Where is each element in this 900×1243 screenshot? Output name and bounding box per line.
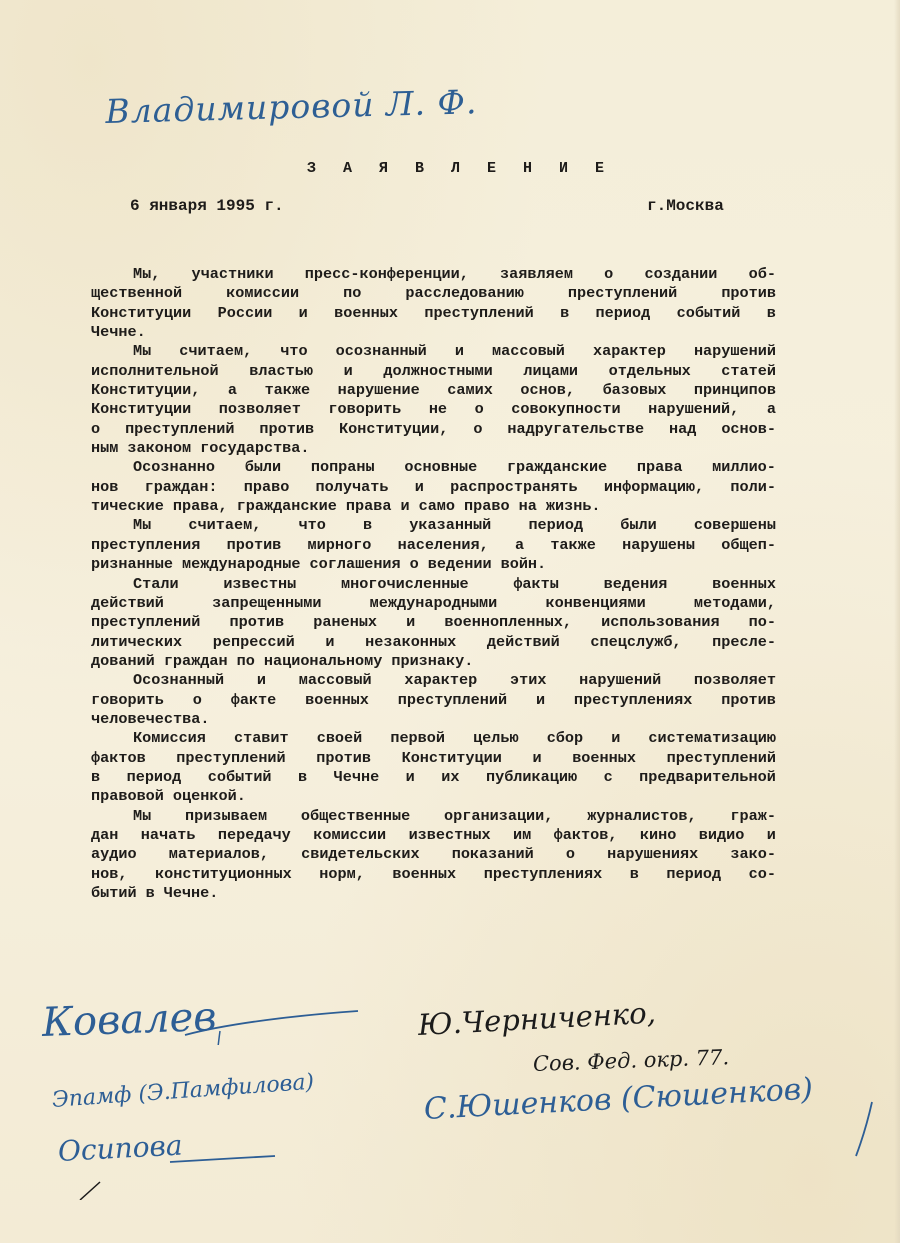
- word: говорить: [91, 691, 164, 710]
- text-line: Осознанныйимассовыйхарактерэтихнарушений…: [91, 671, 776, 690]
- handwritten-addressee: Владимировой Л. Ф.: [105, 82, 478, 131]
- word: нов: [91, 478, 118, 497]
- word: исполнительной: [91, 362, 219, 381]
- word: граждан:: [145, 478, 218, 497]
- word: позволяет: [694, 671, 776, 690]
- text-line: щественнойкомиссиипорасследованиюпреступ…: [91, 284, 776, 303]
- word: щественной: [91, 284, 182, 303]
- word: зако-: [730, 845, 776, 864]
- text-line: тическиеправа,гражданскиеправаисамоправо…: [91, 497, 776, 516]
- word: и: [406, 613, 415, 632]
- word: о: [91, 420, 100, 439]
- word: в: [146, 884, 155, 903]
- text-line: Мы,участникипресс-конференции,заявляемос…: [91, 265, 776, 284]
- word: в: [91, 768, 100, 787]
- word: в: [363, 516, 372, 535]
- word: о: [566, 845, 575, 864]
- word: преступлениях: [574, 691, 692, 710]
- word: репрессий: [213, 633, 295, 652]
- word: ставит: [234, 729, 289, 748]
- text-line: преступленияпротивмирногонаселения,атакж…: [91, 536, 776, 555]
- word: против: [721, 691, 776, 710]
- word: базовых: [603, 381, 667, 400]
- word: факте: [231, 691, 277, 710]
- word: период: [666, 865, 721, 884]
- word: распространять: [450, 478, 578, 497]
- text-line: впериодсобытийвЧечнеиихпубликациюспредва…: [91, 768, 776, 787]
- word: известных: [409, 826, 491, 845]
- statement-body: Мы,участникипресс-конференции,заявляемос…: [91, 265, 776, 903]
- word: и: [400, 497, 409, 516]
- word: запрещенными: [212, 594, 321, 613]
- signature-flourish-line: [180, 1005, 360, 1045]
- word: действий: [487, 633, 560, 652]
- word: Конституции,: [91, 381, 200, 400]
- word: право: [244, 478, 290, 497]
- word: само: [419, 497, 455, 516]
- text-line: новграждан:правополучатьираспространятьи…: [91, 478, 776, 497]
- word: дан: [91, 826, 118, 845]
- word: Мы: [133, 342, 151, 361]
- word: использования: [601, 613, 719, 632]
- word: Конституции,: [339, 420, 448, 439]
- text-line: Чечне.: [91, 323, 776, 342]
- word: национальному: [264, 652, 382, 671]
- word: нарушение: [338, 381, 420, 400]
- word: против: [316, 749, 371, 768]
- word: Чечне.: [164, 884, 219, 903]
- word: нов,: [91, 865, 127, 884]
- word: пресс-конференции,: [305, 265, 469, 284]
- word: организации,: [444, 807, 553, 826]
- word: кино: [640, 826, 676, 845]
- word: событий: [208, 768, 272, 787]
- word: гражданские: [237, 497, 337, 516]
- word: о: [473, 420, 482, 439]
- word: передачу: [218, 826, 291, 845]
- word: период: [127, 768, 182, 787]
- word: норм,: [319, 865, 365, 884]
- word: позволяет: [219, 400, 301, 419]
- word: призываем: [185, 807, 267, 826]
- word: со-: [749, 865, 776, 884]
- word: характер: [593, 342, 666, 361]
- word: преступлений: [424, 304, 533, 323]
- word: человечества.: [91, 710, 209, 729]
- word: осознанный: [336, 342, 427, 361]
- word: Чечне: [334, 768, 380, 787]
- word: должностными: [383, 362, 492, 381]
- word: основные: [404, 458, 477, 477]
- text-line: Мысчитаем,чтоосознанныйимассовыйхарактер…: [91, 342, 776, 361]
- signature-underline: [40, 1140, 280, 1200]
- word: в: [298, 768, 307, 787]
- word: совокупности: [511, 400, 620, 419]
- word: по: [343, 284, 361, 303]
- word: право: [464, 497, 510, 516]
- word: военнопленных,: [444, 613, 572, 632]
- word: отдельных: [609, 362, 691, 381]
- word: и: [257, 671, 266, 690]
- word: права: [346, 497, 392, 516]
- text-line: нов,конституционныхнорм,военныхпреступле…: [91, 865, 776, 884]
- word: и: [611, 729, 620, 748]
- word: России: [218, 304, 273, 323]
- word: ризнанные: [91, 555, 173, 574]
- word: Мы: [133, 516, 151, 535]
- word: общественные: [301, 807, 410, 826]
- word: дований: [91, 652, 155, 671]
- word: нарушениях: [607, 845, 698, 864]
- word: конвенциями: [545, 594, 645, 613]
- word: и: [299, 304, 308, 323]
- word: информацию,: [604, 478, 704, 497]
- word: что: [280, 342, 307, 361]
- word: по-: [749, 613, 776, 632]
- text-line: действийзапрещеннымимеждународнымиконвен…: [91, 594, 776, 613]
- word: сбор: [547, 729, 583, 748]
- word: самих: [447, 381, 493, 400]
- word: бытий: [91, 884, 137, 903]
- text-line: нымзакономгосударства.: [91, 439, 776, 458]
- word: предварительной: [639, 768, 776, 787]
- word: ным: [91, 439, 118, 458]
- text-line: Мысчитаем,чтовуказанныйпериодбылисоверше…: [91, 516, 776, 535]
- word: незаконных: [365, 633, 456, 652]
- word: первой: [390, 729, 445, 748]
- text-line: данначатьпередачукомиссииизвестныхимфакт…: [91, 826, 776, 845]
- text-line: бытийвЧечне.: [91, 884, 776, 903]
- word: преступления: [91, 536, 200, 555]
- signature-pamfilova: Эпамф (Э.Памфилова): [51, 1070, 315, 1113]
- word: о: [410, 555, 419, 574]
- text-line: Мыпризываемобщественныеорганизации,журна…: [91, 807, 776, 826]
- text-line: Комиссияставитсвоейпервойцельюсборисисте…: [91, 729, 776, 748]
- text-line: Конституциипозволяетговоритьнеосовокупно…: [91, 400, 776, 419]
- word: а: [767, 400, 776, 419]
- document-title: З А Я В Л Е Н И Е: [0, 160, 900, 177]
- word: и: [532, 749, 541, 768]
- word: совершены: [694, 516, 776, 535]
- word: нарушений,: [648, 400, 739, 419]
- word: были: [245, 458, 281, 477]
- word: создании: [645, 265, 718, 284]
- word: и: [767, 826, 776, 845]
- word: в: [630, 865, 639, 884]
- word: преступлений: [125, 420, 234, 439]
- word: им: [513, 826, 531, 845]
- word: публикацию: [486, 768, 577, 787]
- word: комиссии: [226, 284, 299, 303]
- word: статей: [721, 362, 776, 381]
- word: жизнь.: [546, 497, 601, 516]
- word: Чечне.: [91, 323, 146, 342]
- word: свидетельских: [301, 845, 419, 864]
- word: участники: [192, 265, 274, 284]
- word: массовый: [299, 671, 372, 690]
- word: их: [441, 768, 459, 787]
- text-line: ризнанныемеждународныесоглашенияоведении…: [91, 555, 776, 574]
- word: населения,: [398, 536, 489, 555]
- word: и: [536, 691, 545, 710]
- word: правовой: [91, 787, 164, 806]
- word: Осознанно: [133, 458, 215, 477]
- word: против: [229, 613, 284, 632]
- word: против: [721, 284, 776, 303]
- word: период: [596, 304, 651, 323]
- word: получать: [316, 478, 389, 497]
- word: литических: [91, 633, 182, 652]
- word: международными: [370, 594, 498, 613]
- word: видио: [699, 826, 745, 845]
- word: граж-: [730, 807, 776, 826]
- word: а: [228, 381, 237, 400]
- word: также: [265, 381, 311, 400]
- word: расследованию: [405, 284, 523, 303]
- word: своей: [317, 729, 363, 748]
- word: Конституции: [91, 400, 191, 419]
- word: целью: [473, 729, 519, 748]
- word: властью: [249, 362, 313, 381]
- word: лицами: [523, 362, 578, 381]
- word: преступлениях: [484, 865, 602, 884]
- word: говорить: [328, 400, 401, 419]
- word: указанный: [409, 516, 491, 535]
- word: тические: [91, 497, 164, 516]
- word: систематизацию: [648, 729, 776, 748]
- word: методами,: [694, 594, 776, 613]
- document-city: г.Москва: [647, 197, 724, 215]
- word: Конституции: [91, 304, 191, 323]
- text-line: человечества.: [91, 710, 776, 729]
- word: Мы: [133, 807, 151, 826]
- word: о: [475, 400, 484, 419]
- word: оценкой.: [173, 787, 246, 806]
- word: преступлений: [667, 749, 776, 768]
- word: также: [550, 536, 596, 555]
- word: общеп-: [721, 536, 776, 555]
- word: соглашения: [310, 555, 401, 574]
- word: законом: [127, 439, 191, 458]
- word: военных: [572, 749, 636, 768]
- word: период: [528, 516, 583, 535]
- word: Конституции: [402, 749, 502, 768]
- word: этих: [510, 671, 546, 690]
- word: комиссии: [313, 826, 386, 845]
- text-line: опреступленийпротивКонституции,онадругат…: [91, 420, 776, 439]
- word: о: [604, 265, 613, 284]
- word: фактов: [91, 749, 146, 768]
- word: конституционных: [155, 865, 292, 884]
- word: против: [259, 420, 314, 439]
- signature-chernichenko-note: Сов. Фед. окр. 77.: [533, 1045, 730, 1076]
- text-line: Конституции,атакженарушениесамихоснов,ба…: [91, 381, 776, 400]
- word: преступлений: [398, 691, 507, 710]
- word: считаем,: [188, 516, 261, 535]
- word: Осознанный: [133, 671, 224, 690]
- word: и: [415, 478, 424, 497]
- word: войн.: [501, 555, 547, 574]
- word: Комиссия: [133, 729, 206, 748]
- word: об-: [749, 265, 776, 284]
- word: известны: [223, 575, 296, 594]
- word: военных: [305, 691, 369, 710]
- text-line: дованийгражданпонациональномупризнаку.: [91, 652, 776, 671]
- word: многочисленные: [341, 575, 469, 594]
- word: спецслужб,: [590, 633, 681, 652]
- word: фактов,: [554, 826, 618, 845]
- text-line: фактовпреступленийпротивКонституцииивоен…: [91, 749, 776, 768]
- word: аудио: [91, 845, 137, 864]
- word: принципов: [694, 381, 776, 400]
- word: против: [227, 536, 282, 555]
- text-line: говоритьофактевоенныхпреступленийипресту…: [91, 691, 776, 710]
- word: о: [193, 691, 202, 710]
- word: Стали: [133, 575, 179, 594]
- word: характер: [404, 671, 477, 690]
- word: ведения: [604, 575, 668, 594]
- word: основ,: [520, 381, 575, 400]
- word: в: [767, 304, 776, 323]
- word: права,: [173, 497, 228, 516]
- word: военных: [392, 865, 456, 884]
- word: на: [519, 497, 537, 516]
- text-line: КонституцииРоссииивоенныхпреступленийвпе…: [91, 304, 776, 323]
- word: заявляем: [500, 265, 573, 284]
- word: военных: [334, 304, 398, 323]
- word: факты: [513, 575, 559, 594]
- word: раненых: [313, 613, 377, 632]
- word: массовый: [492, 342, 565, 361]
- word: преступлений: [176, 749, 285, 768]
- word: были: [620, 516, 656, 535]
- text-line: Осознаннобылипопраныосновныегражданскиеп…: [91, 458, 776, 477]
- word: и: [406, 768, 415, 787]
- word: Мы,: [133, 265, 160, 284]
- word: не: [429, 400, 447, 419]
- word: пресле-: [712, 633, 776, 652]
- word: показаний: [452, 845, 534, 864]
- word: ведении: [428, 555, 492, 574]
- word: гражданские: [507, 458, 607, 477]
- text-line: преступленийпротивраненыхивоеннопленных,…: [91, 613, 776, 632]
- word: в: [560, 304, 569, 323]
- word: журналистов,: [587, 807, 696, 826]
- word: и: [344, 362, 353, 381]
- word: над: [669, 420, 696, 439]
- signature-yushenkov: С.Юшенков (Сюшенков): [423, 1072, 814, 1127]
- word: надругательстве: [507, 420, 644, 439]
- word: и: [455, 342, 464, 361]
- word: международные: [182, 555, 300, 574]
- word: и: [325, 633, 334, 652]
- word: событий: [677, 304, 741, 323]
- signature-chernichenko: Ю.Черниченко,: [417, 996, 657, 1042]
- word: поли-: [730, 478, 776, 497]
- word: права: [637, 458, 683, 477]
- word: начать: [141, 826, 196, 845]
- word: попраны: [311, 458, 375, 477]
- word: а: [515, 536, 524, 555]
- word: нарушены: [622, 536, 695, 555]
- word: преступлений: [91, 613, 200, 632]
- word: материалов,: [169, 845, 269, 864]
- document-date: 6 января 1995 г.: [130, 197, 284, 215]
- text-line: аудиоматериалов,свидетельскихпоказанийон…: [91, 845, 776, 864]
- text-line: Сталиизвестнымногочисленныефактыведенияв…: [91, 575, 776, 594]
- word: преступлений: [568, 284, 677, 303]
- word: действий: [91, 594, 164, 613]
- word: миллио-: [712, 458, 776, 477]
- word: по: [237, 652, 255, 671]
- word: считаем,: [179, 342, 252, 361]
- paper-edge: [894, 0, 900, 1243]
- text-line: литическихрепрессийинезаконныхдействийсп…: [91, 633, 776, 652]
- word: основ-: [721, 420, 776, 439]
- word: с: [604, 768, 613, 787]
- word: нарушений: [579, 671, 661, 690]
- word: нарушений: [694, 342, 776, 361]
- word: что: [298, 516, 325, 535]
- word: мирного: [308, 536, 372, 555]
- text-line: исполнительнойвластьюидолжностнымилицами…: [91, 362, 776, 381]
- word: признаку.: [391, 652, 473, 671]
- word: государства.: [200, 439, 309, 458]
- word: граждан: [164, 652, 228, 671]
- signature-paren-stroke: [850, 1100, 880, 1160]
- word: военных: [712, 575, 776, 594]
- text-line: правовойоценкой.: [91, 787, 776, 806]
